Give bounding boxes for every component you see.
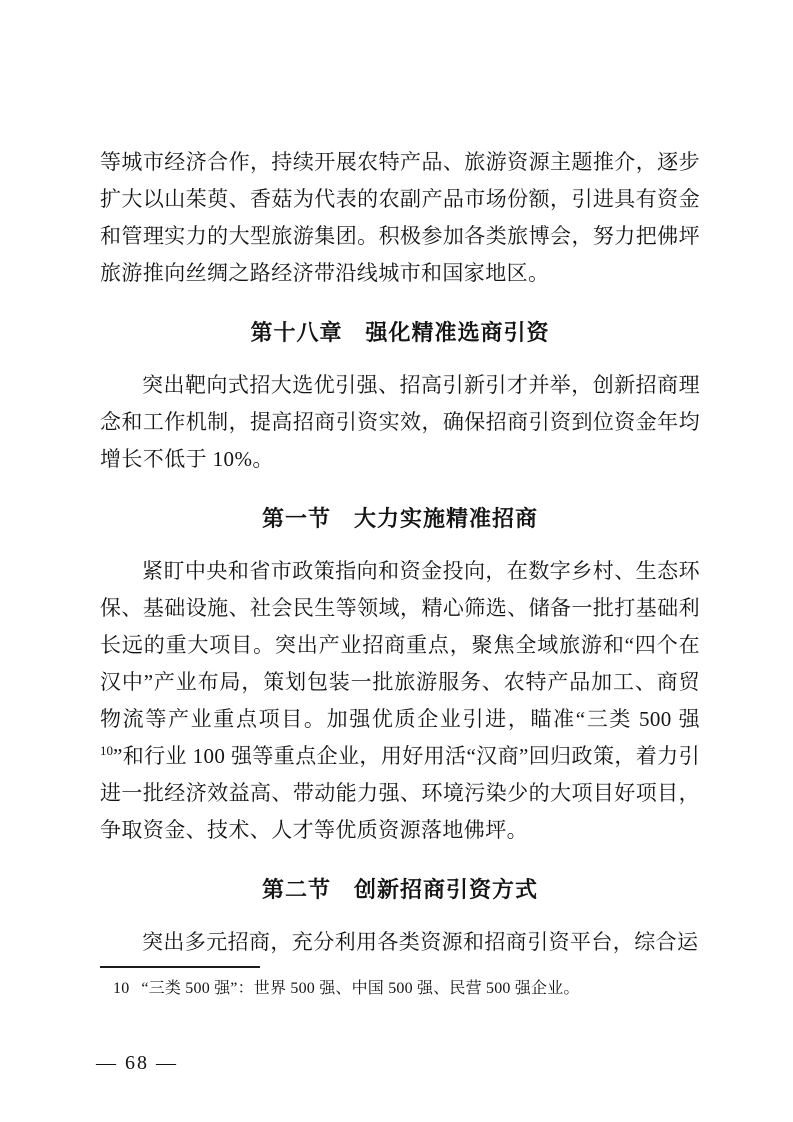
section-1-text-before-ref: 紧盯中央和省市政策指向和资金投向，在数字乡村、生态环保、基础设施、社会民生等领域…: [100, 559, 700, 731]
section-1-heading: 第一节 大力实施精准招商: [100, 500, 700, 538]
paragraph-continuation: 等城市经济合作，持续开展农特产品、旅游资源主题推介，逐步扩大以山茱萸、香菇为代表…: [100, 144, 700, 292]
chapter-intro-paragraph: 突出靶向式招大选优引强、招高引新引才并举，创新招商理念和工作机制，提高招商引资实…: [100, 367, 700, 478]
page-content: 等城市经济合作，持续开展农特产品、旅游资源主题推介，逐步扩大以山茱萸、香菇为代表…: [0, 0, 793, 1002]
footnote-text: “三类 500 强”：世界 500 强、中国 500 强、民营 500 强企业。: [141, 980, 579, 997]
page-number: — 68 —: [96, 1050, 178, 1076]
document-page: 等城市经济合作，持续开展农特产品、旅游资源主题推介，逐步扩大以山茱萸、香菇为代表…: [0, 0, 793, 1122]
chapter-heading: 第十八章 强化精准选商引资: [100, 314, 700, 352]
footnote-ref-10: 10: [100, 743, 113, 758]
section-2-paragraph: 突出多元招商，充分利用各类资源和招商引资平台，综合运: [100, 924, 700, 961]
section-1-paragraph: 紧盯中央和省市政策指向和资金投向，在数字乡村、生态环保、基础设施、社会民生等领域…: [100, 553, 700, 849]
footnote-marker: 10: [113, 980, 129, 997]
section-2-heading: 第二节 创新招商引资方式: [100, 871, 700, 909]
footnote: 10“三类 500 强”：世界 500 强、中国 500 强、民营 500 强企…: [100, 968, 700, 1002]
section-1-text-after-ref: ”和行业 100 强等重点企业，用好用活“汉商”回归政策，着力引进一批经济效益高…: [100, 744, 700, 842]
